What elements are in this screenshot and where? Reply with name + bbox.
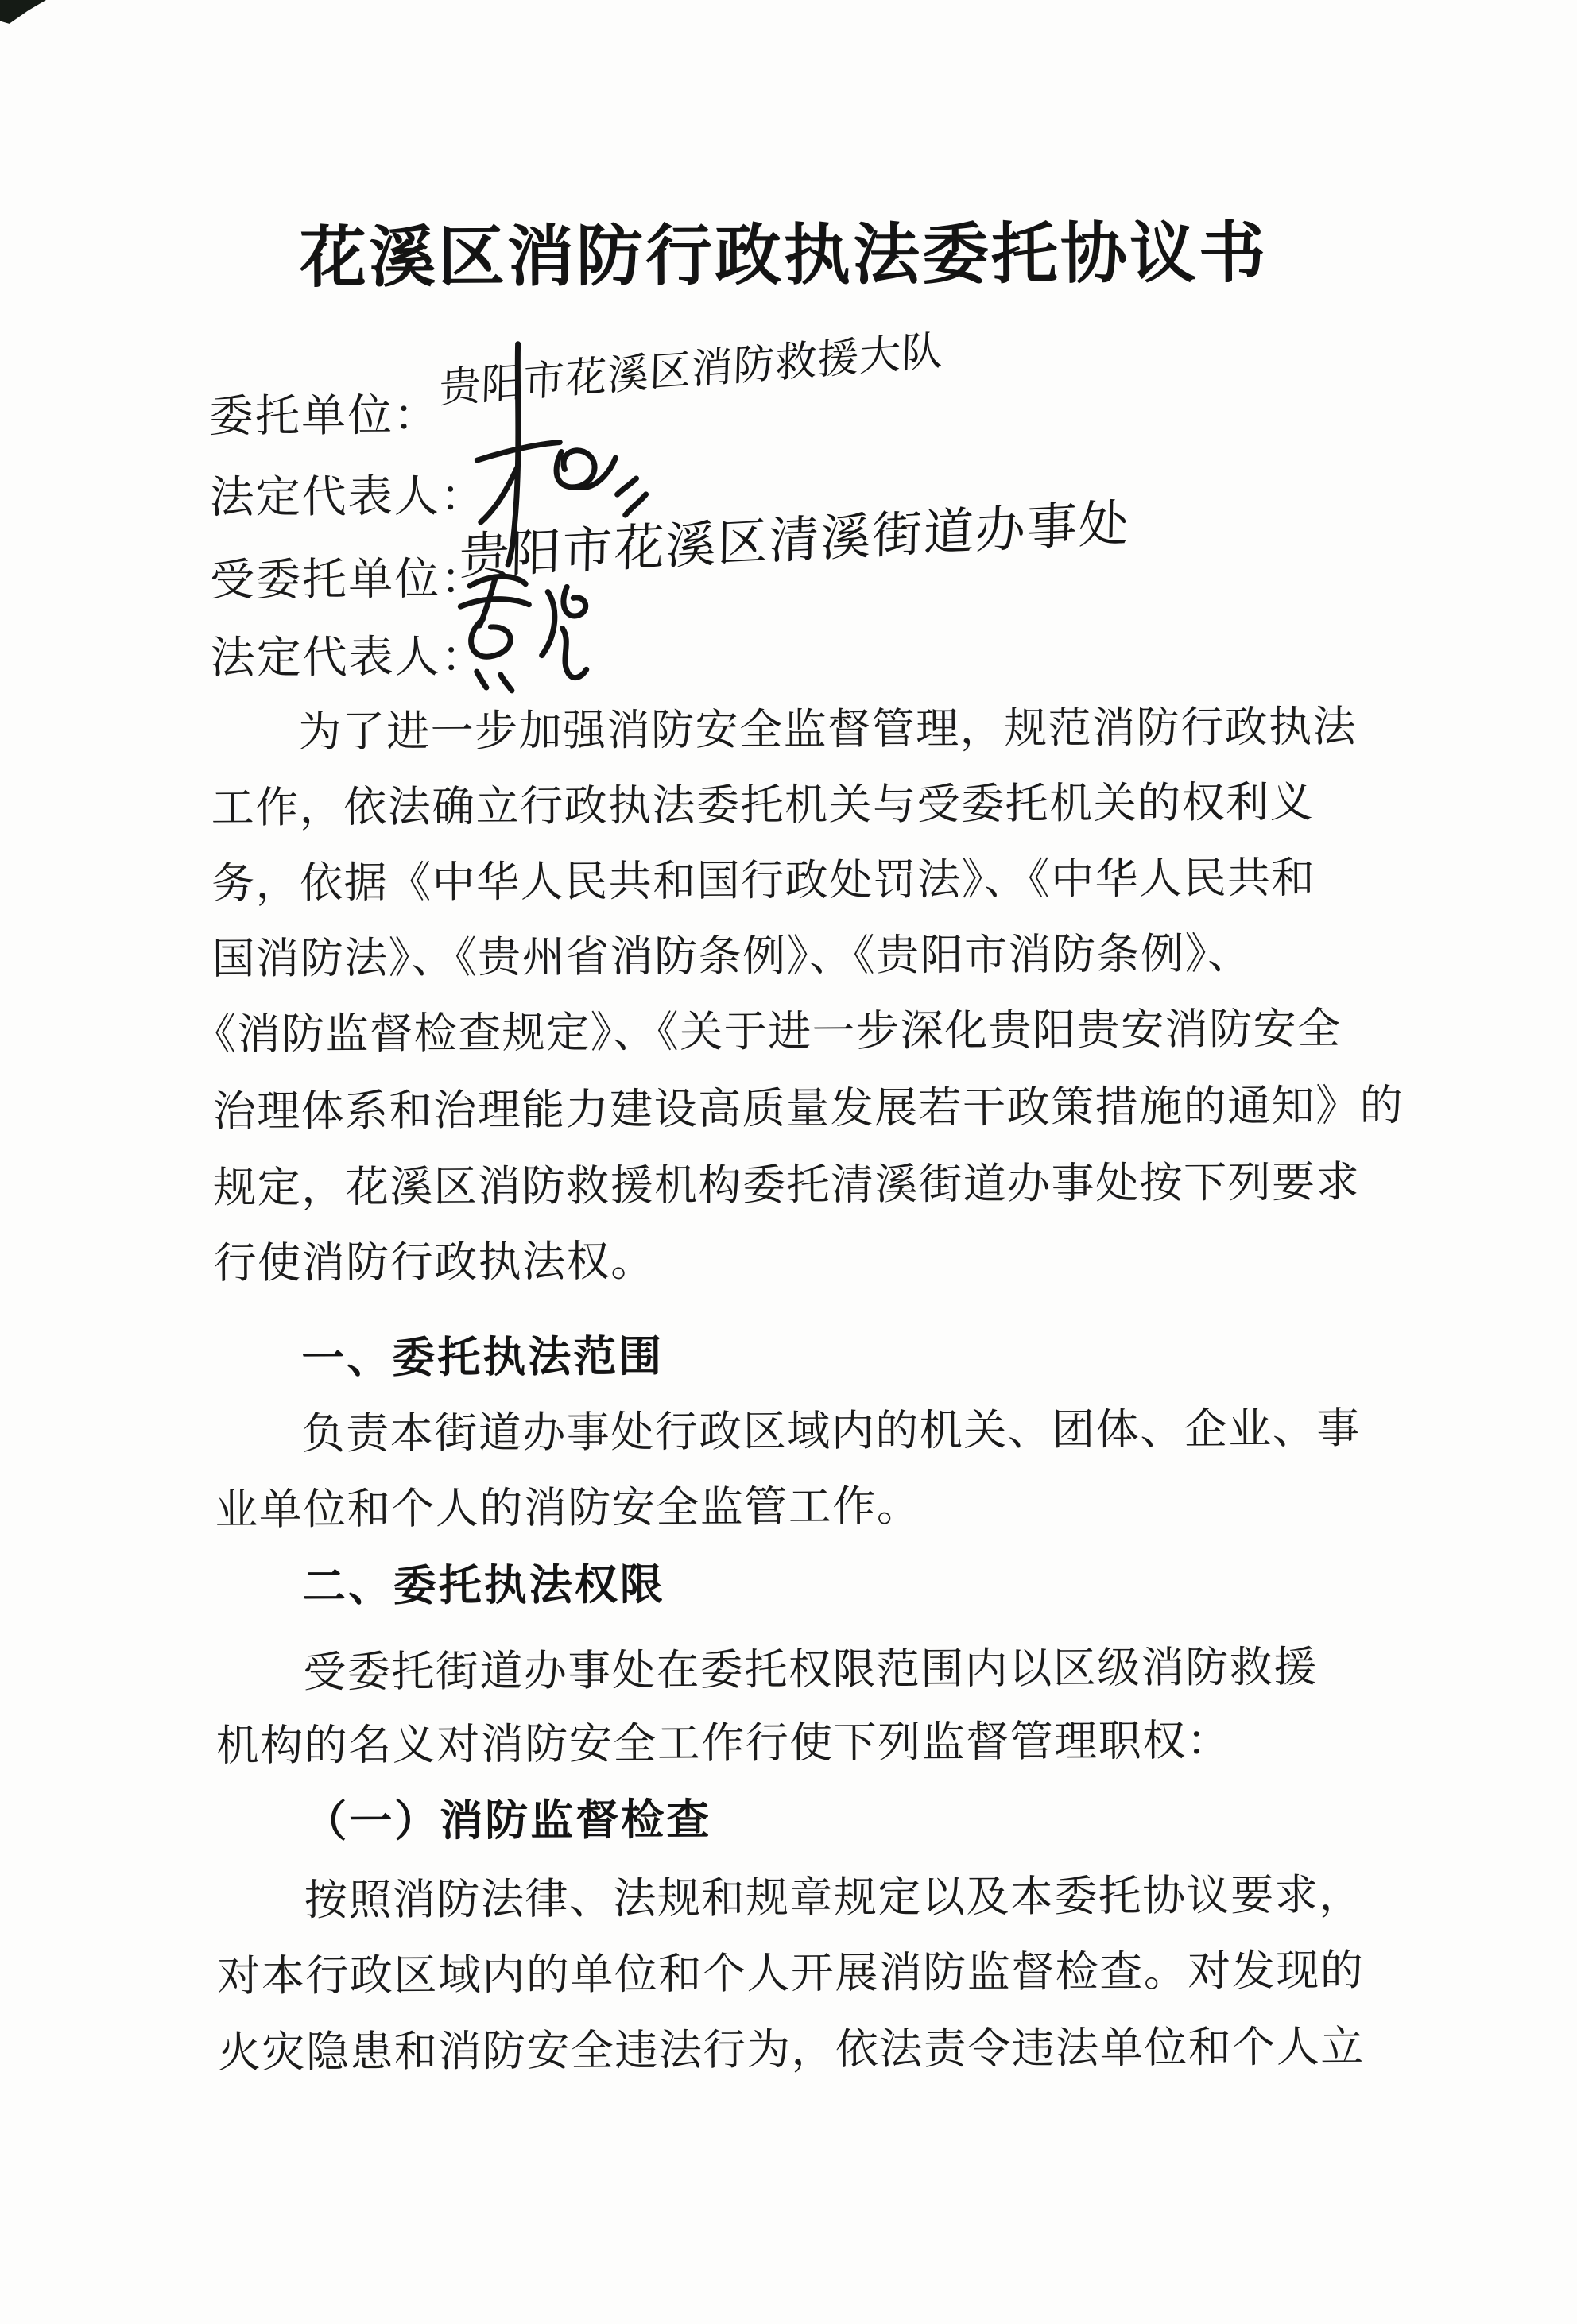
body-line: 规定，花溪区消防救援机构委托清溪街道办事处按下列要求	[213, 1148, 1360, 1215]
body-line: 治理体系和治理能力建设高质量发展若干政策措施的通知》的	[212, 1071, 1404, 1139]
body-line: 务，依据《中华人民共和国行政处罚法》、《中华人民共和	[211, 844, 1315, 911]
body-line: 火灾隐患和消防安全违法行为，依法责令违法单位和个人立	[218, 2012, 1365, 2080]
legal-representative-1-label: 法定代表人：	[209, 461, 486, 526]
body-line: 为了进一步加强消防安全监督管理，规范消防行政执法	[298, 692, 1357, 759]
body-line: 行使消防行政执法权。	[213, 1227, 654, 1291]
body-line: 按照消防法律、法规和规章规定以及本委托协议要求，	[304, 1861, 1363, 1927]
body-line: 《消防监督检查规定》、《关于进一步深化贵阳贵安消防安全	[193, 994, 1342, 1062]
section-heading-1: 一、委托执法范围	[301, 1323, 664, 1385]
section-heading-2: 二、委托执法权限	[303, 1551, 665, 1613]
scanned-sheet: 花溪区消防行政执法委托协议书 委托单位： 贵阳市花溪区消防救援大队 法定代表人：…	[0, 0, 1577, 2324]
body-line: 工作，依法确立行政执法委托机关与受委托机关的权利义	[211, 769, 1314, 835]
subsection-heading-1: （一）消防监督检查	[304, 1786, 711, 1850]
body-line: 对本行政区域内的单位和个人开展消防监督检查。对发现的	[217, 1936, 1364, 2004]
document-page: 花溪区消防行政执法委托协议书 委托单位： 贵阳市花溪区消防救援大队 法定代表人：…	[0, 0, 1577, 2324]
body-line: 负责本街道办事处行政区域内的机关、团体、企业、事	[302, 1394, 1361, 1461]
legal-representative-2-signature-scribble	[446, 561, 614, 713]
body-line: 国消防法》、《贵州省消防条例》、《贵阳市消防条例》、	[211, 920, 1251, 986]
entrusted-unit-label: 受委托单位：	[210, 544, 486, 609]
body-line: 业单位和个人的消防安全监管工作。	[215, 1472, 920, 1537]
body-line: 受委托街道办事处在委托权限范围内以区级消防救援	[303, 1633, 1318, 1700]
document-title: 花溪区消防行政执法委托协议书	[0, 198, 1572, 302]
entrusting-unit-label: 委托单位：	[209, 380, 440, 445]
body-line: 机构的名义对消防安全工作行使下列监督管理职权：	[216, 1706, 1231, 1773]
